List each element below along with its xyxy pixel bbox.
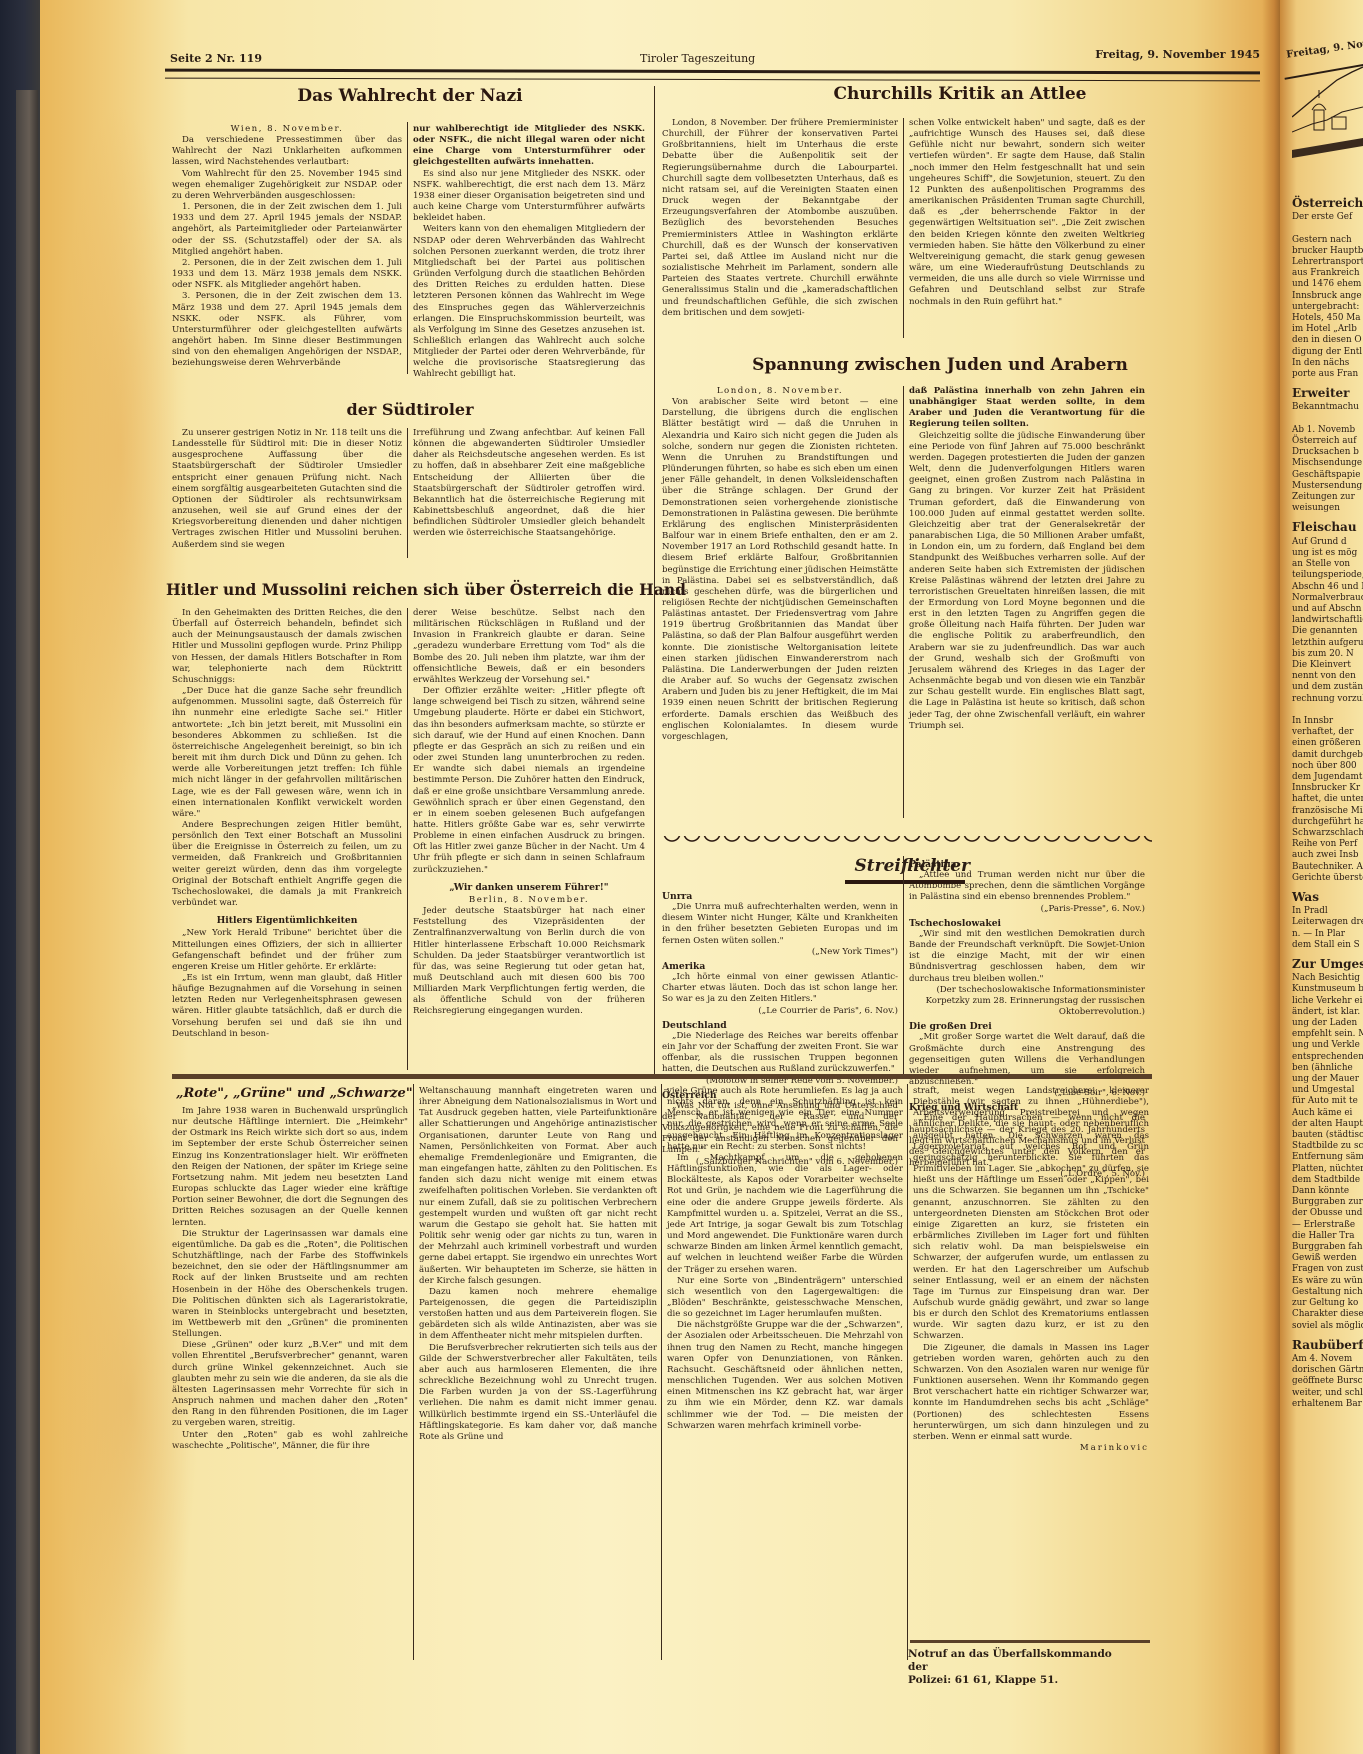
next-page-line: digung der Entl [1292,347,1363,358]
paragraph: In den Geheimakten des Dritten Reiches, … [172,608,402,686]
next-page-line: Österreich auf [1292,436,1363,447]
next-page-line [1292,223,1363,234]
next-page-line: durchgeführt hab [1292,817,1363,828]
subheading: „Wir danken unserem Führer!" [413,882,645,893]
next-page-line: porte aus Fran [1292,369,1363,380]
next-page-line: Normalverbrauch [1292,593,1363,604]
next-page-line: Gerichte überstellt. [1292,873,1363,884]
next-page-line: französische Mili [1292,806,1363,817]
dateline: London, 8. November. [662,386,898,397]
book-binding [0,0,40,1754]
notice-divider [910,1640,1150,1643]
next-page-line: Schwarzschlachter [1292,828,1363,839]
issue-date: Freitag, 9. November 1945 [1095,48,1260,61]
paragraph: Im Machtkampf um die gehobenen Häftlings… [667,1153,903,1276]
item-heading: Deutschland [662,1020,898,1031]
next-page-line: Burggraben zur [1292,1197,1363,1208]
paragraph: schen Volke entwickelt haben" und sagte,… [909,118,1145,308]
page-number: Seite 2 Nr. 119 [170,52,262,65]
item-quote: „Ich hörte einmal von einer gewissen Atl… [662,972,898,1005]
next-page-line [1292,414,1363,425]
next-page-line: Innsbrucker Kr [1292,783,1363,794]
article-rote-col1: Im Jahre 1938 waren in Buchenwald ursprü… [172,1106,408,1452]
next-page-line: empfehlt sein. M [1292,1029,1363,1040]
next-page-line: Mustersendung [1292,481,1363,492]
next-page-line: und dem zuständ [1292,682,1363,693]
article-rote-col4: straft, meist wegen Landstreicherei, kle… [913,1086,1149,1454]
paragraph: Zu unserer gestrigen Notiz in Nr. 118 te… [172,428,402,551]
next-page-heading: Was [1292,892,1363,903]
paragraph: Weiters kann von den ehemaligen Mitglied… [413,224,645,380]
next-page-line: Hotels, 450 Ma [1292,313,1363,324]
paragraph: Diese „Grünen" oder kurz „B.V.er" und mi… [172,1340,408,1429]
landscape-illustration-icon [1292,62,1363,162]
next-page-line: — Erlerstraße [1292,1220,1363,1231]
paragraph: Der Offizier erzählte weiter: „Hitler pf… [413,686,645,876]
item-quote: „Die Unrra muß aufrechterhalten werden, … [662,902,898,947]
next-page-line: dem Jugendamt [1292,772,1363,783]
item-heading: Tschechoslowakei [909,918,1145,929]
paragraph: Gleichzeitig sollte die jüdische Einwand… [909,431,1145,732]
next-page-line [1292,705,1363,716]
next-page-line: zur Geltung ko [1292,1298,1363,1309]
notice-line: Notruf an das Überfallskommando der [908,1648,1128,1674]
next-page-line: Die genannten [1292,626,1363,637]
paragraph: „New York Herald Tribune" berichtet über… [172,928,402,973]
next-page-line: Es wäre zu wünsch [1292,1276,1363,1287]
column-divider [903,118,904,338]
paragraph: Unter den „Roten" gab es wohl zahlreiche… [172,1430,408,1452]
headline-churchill: Churchills Kritik an Attlee [660,84,1260,104]
next-page-line: Bekanntmachu [1292,402,1363,413]
next-page-line: teilungsperiode, [1292,570,1363,581]
next-page-line: bauten (städtisch [1292,1130,1363,1141]
item-quote: „Wir sind mit den westlichen Demokratien… [909,929,1145,985]
paragraph: Weltanschauung mannhaft eingetreten ware… [419,1086,657,1287]
column-divider [407,608,408,1070]
next-page-line: brucker Hauptb [1292,246,1363,257]
paragraph: Jeder deutsche Staatsbürger hat nach ein… [413,906,645,1018]
paragraph: Dazu kamen noch mehrere ehemalige Partei… [419,1287,657,1343]
next-page-line: Bautechniker. A [1292,862,1363,873]
next-page-line: Fragen von zust [1292,1264,1363,1275]
section-divider [172,1074,1152,1079]
paragraph: viele Grüne auch als Rote herumliefen. E… [667,1086,903,1153]
next-page-line: n. — In Plar [1292,929,1363,940]
next-page-line: liche Verkehr ei [1292,996,1363,1007]
item-heading: Palästina [909,859,1145,870]
next-page-line: Charakter diese [1292,1309,1363,1320]
paragraph: Es sind also nur jene Mitglieder des NSK… [413,169,645,225]
next-page-line: In den nächs [1292,358,1363,369]
item-source: („Paris-Presse", 6. Nov.) [909,904,1145,915]
next-page-heading: Raubüberfall [1292,1340,1363,1351]
next-page-line: Der erste Gef [1292,212,1363,223]
notice-line: Polizei: 61 61, Klappe 51. [908,1674,1128,1687]
item-quote: „Mit großer Sorge wartet die Welt darauf… [909,1032,1145,1088]
paragraph: Die nächstgrößte Gruppe war die der „Sch… [667,1320,903,1432]
next-page-line: ben (ähnliche [1292,1063,1363,1074]
next-page-line: Platten, nüchter [1292,1164,1363,1175]
next-page-line: noch über 800 [1292,761,1363,772]
next-page-line: entsprechenden [1292,1052,1363,1063]
next-page-line: geöffnete Bursch [1292,1376,1363,1387]
column-divider [907,1084,908,1660]
column-divider [661,1084,662,1660]
headline-wahlrecht: Das Wahlrecht der Nazi [170,86,650,106]
next-page-line: Innsbruck ange [1292,291,1363,302]
next-page-line: Mischsendunge [1292,458,1363,469]
page-fold-shadow [1262,0,1282,1754]
next-page-line: der Obusse und [1292,1208,1363,1219]
next-page-line: im Hotel „Arlb [1292,324,1363,335]
next-page-line: letzthin aufgeru [1292,638,1363,649]
dateline: Wien, 8. November. [172,124,402,135]
paragraph: derer Weise beschütze. Selbst nach den m… [413,608,645,686]
next-page-line: Lehrertransport [1292,257,1363,268]
next-page-line: Die Kleinvert [1292,660,1363,671]
paragraph: Von arabischer Seite wird betont — eine … [662,397,898,743]
next-page-line: Burggraben fah [1292,1242,1363,1253]
page-column-divider [654,86,655,1076]
paragraph: Die Struktur der Lagerinsassen war damal… [172,1229,408,1341]
article-hitler-col2: derer Weise beschütze. Selbst nach den m… [413,608,645,1018]
next-page-line: Nach Besichtig [1292,973,1363,984]
paragraph: London, 8 November. Der frühere Premierm… [662,118,898,319]
newspaper-name: Tiroler Tageszeitung [640,52,755,65]
paragraph: Andere Besprechungen zeigen Hitler bemüh… [172,820,402,909]
paragraph-bold: nur wahlberechtigt ide Mitglieder des NS… [413,124,645,169]
column-divider [903,386,904,818]
next-page-line: verhaftet, der [1292,727,1363,738]
item-quote: „Attlee und Truman werden nicht nur über… [909,870,1145,903]
item-source: („New York Times") [662,947,898,958]
next-page-line: landwirtschaftlich [1292,615,1363,626]
paragraph: 3. Personen, die in der Zeit zwischen de… [172,291,402,369]
next-page-heading: Erweiter [1292,388,1363,399]
column-divider [407,122,408,374]
article-wahlrecht-col2: nur wahlberechtigt ide Mitglieder des NS… [413,124,645,381]
column-divider [413,1084,414,1660]
next-page-line: dem Stall ein S [1292,940,1363,951]
next-page-line: Am 4. Novem [1292,1354,1363,1365]
article-churchill-col2: schen Volke entwickelt haben" und sagte,… [909,118,1145,308]
next-page-date: Freitag, 9. Nov [1286,38,1363,60]
next-page-line: erhaltenem Bar [1292,1399,1363,1410]
paragraph: Vom Wahlrecht für den 25. November 1945 … [172,169,402,202]
next-page-column: Österreicher hDer erste Gef Gestern nach… [1292,190,1363,1410]
next-page-line: weiter, und schl [1292,1388,1363,1399]
next-page-heading: Österreicher h [1292,198,1363,209]
next-page-line: Gewiß werden [1292,1253,1363,1264]
wavy-divider [662,836,1152,846]
headline-hitler-mussolini: Hitler und Mussolini reichen sich über Ö… [166,580,656,599]
next-page-line: ändert, ist klar. [1292,1007,1363,1018]
police-emergency-notice: Notruf an das Überfallskommando der Poli… [908,1648,1128,1687]
article-churchill-col1: London, 8 November. Der frühere Premierm… [662,118,898,319]
next-page-line: Reihe von Perf [1292,839,1363,850]
headline-suedtiroler: der Südtiroler [170,400,650,419]
next-page-line: ung ist es mög [1292,548,1363,559]
next-page-line: der alten Haupt [1292,1119,1363,1130]
next-page-line: bis zum 20. N [1292,649,1363,660]
next-page-line: ung und Verkle [1292,1040,1363,1051]
next-page-line: Gestaltung nicht n [1292,1287,1363,1298]
paragraph: „Es ist ein Irrtum, wenn man glaubt, daß… [172,973,402,1040]
next-page-line: Geschäftspapie [1292,470,1363,481]
paragraph: Die Zigeuner, die damals in Massen ins L… [913,1343,1149,1443]
next-page-line: und auf Abschn [1292,604,1363,615]
paragraph: Nur eine Sorte von „Bindenträgern" unter… [667,1276,903,1321]
paragraph: Die Berufsverbrecher rekrutierten sich t… [419,1343,657,1443]
article-rote-col2: Weltanschauung mannhaft eingetreten ware… [419,1086,657,1443]
next-page-line: Auch käme ei [1292,1108,1363,1119]
headline-rote-gruene-schwarze: „Rote", „Grüne" und „Schwarze" [176,1086,416,1101]
next-page-line: weisungen [1292,503,1363,514]
next-page-line: den in diesen O [1292,335,1363,346]
paragraph: Irreführung und Zwang anfechtbar. Auf ke… [413,428,645,540]
column-divider [903,856,904,1074]
paragraph: Im Jahre 1938 waren in Buchenwald ursprü… [172,1106,408,1229]
column-divider [407,428,408,558]
article-hitler-col1: In den Geheimakten des Dritten Reiches, … [172,608,402,1040]
author: Marinkovic [913,1443,1149,1454]
item-heading: Amerika [662,961,898,972]
article-spannung-col1: London, 8. November. Von arabischer Seit… [662,386,898,743]
next-page-line: In Innsbr [1292,716,1363,727]
next-page-line: nennt von den [1292,671,1363,682]
next-page-line: Kunstmuseum be [1292,984,1363,995]
next-page-line: Zeitungen zur [1292,492,1363,503]
headline-spannung: Spannung zwischen Juden und Arabern [660,355,1220,375]
next-page-line: rechnung vorzul [1292,694,1363,705]
paragraph: straft, meist wegen Landstreicherei, kle… [913,1086,1149,1343]
next-page-heading: Fleischau [1292,522,1363,533]
item-quote: „Die Niederlage des Reiches war bereits … [662,1031,898,1076]
next-page-line: ung der Mauer [1292,1074,1363,1085]
next-page-line: und Umgestal [1292,1085,1363,1096]
item-source: („Le Courrier de Paris", 6. Nov.) [662,1006,898,1017]
next-page-line: In Pradl [1292,906,1363,917]
next-page-line: dorischen Gärtn [1292,1365,1363,1376]
masthead: Seite 2 Nr. 119 Tiroler Tageszeitung Fre… [150,46,1260,68]
paragraph: „Der Duce hat die ganze Sache sehr freun… [172,686,402,820]
next-page-line: für Auto mit te [1292,1096,1363,1107]
next-page-line: untergebracht: 1 [1292,302,1363,313]
paragraph-bold: daß Palästina innerhalb von zehn Jahren … [909,386,1145,431]
next-page-line: Ab 1. Novemb [1292,425,1363,436]
paragraph: Da verschiedene Pressestimmen über das W… [172,135,402,168]
item-heading: Die großen Drei [909,1021,1145,1032]
next-page-line: auch zwei Insb [1292,850,1363,861]
next-page-line: Leiterwagen dre [1292,917,1363,928]
paragraph: 1. Personen, die in der Zeit zwischen de… [172,202,402,258]
article-spannung-col2: daß Palästina innerhalb von zehn Jahren … [909,386,1145,732]
article-suedtiroler-col2: Irreführung und Zwang anfechtbar. Auf ke… [413,428,645,540]
next-page-line: Drucksachen b [1292,447,1363,458]
next-page-line: Dann könnte [1292,1186,1363,1197]
next-page-line: damit durchgebr [1292,750,1363,761]
next-page-line: Stadtbilde zu sch [1292,1141,1363,1152]
next-page-line: Auf Grund d [1292,537,1363,548]
next-page-line: die Haller Tra [1292,1231,1363,1242]
article-suedtiroler-col1: Zu unserer gestrigen Notiz in Nr. 118 te… [172,428,402,551]
next-page-line: an Stelle von [1292,559,1363,570]
dateline: Berlin, 8. November. [413,895,645,906]
next-page-line: Gestern nach [1292,235,1363,246]
binding-edge [16,90,38,1754]
item-heading: Unrra [662,891,898,902]
next-page-line: Abschn 46 und K [1292,582,1363,593]
paragraph: 2. Personen, die in der Zeit zwischen de… [172,258,402,291]
next-page-heading: Zur Umgestaltun [1292,959,1363,970]
next-page-line: ung der Laden [1292,1018,1363,1029]
next-page-line: soviel als möglich [1292,1321,1363,1332]
article-wahlrecht-col1: Wien, 8. November. Da verschiedene Press… [172,124,402,369]
subheading: Hitlers Eigentümlichkeiten [172,915,402,926]
next-page-line: Entfernung sämtlich [1292,1152,1363,1163]
next-page-line: einen größeren [1292,738,1363,749]
next-page-line: dem Stadtbilde [1292,1175,1363,1186]
item-source: (Der tschechoslowakische Informationsmin… [909,985,1145,1018]
next-page-line: aus Frankreich [1292,268,1363,279]
article-rote-col3: viele Grüne auch als Rote herumliefen. E… [667,1086,903,1432]
next-page-line: haftet, die unter [1292,794,1363,805]
next-page-line: und 1476 ehem [1292,279,1363,290]
